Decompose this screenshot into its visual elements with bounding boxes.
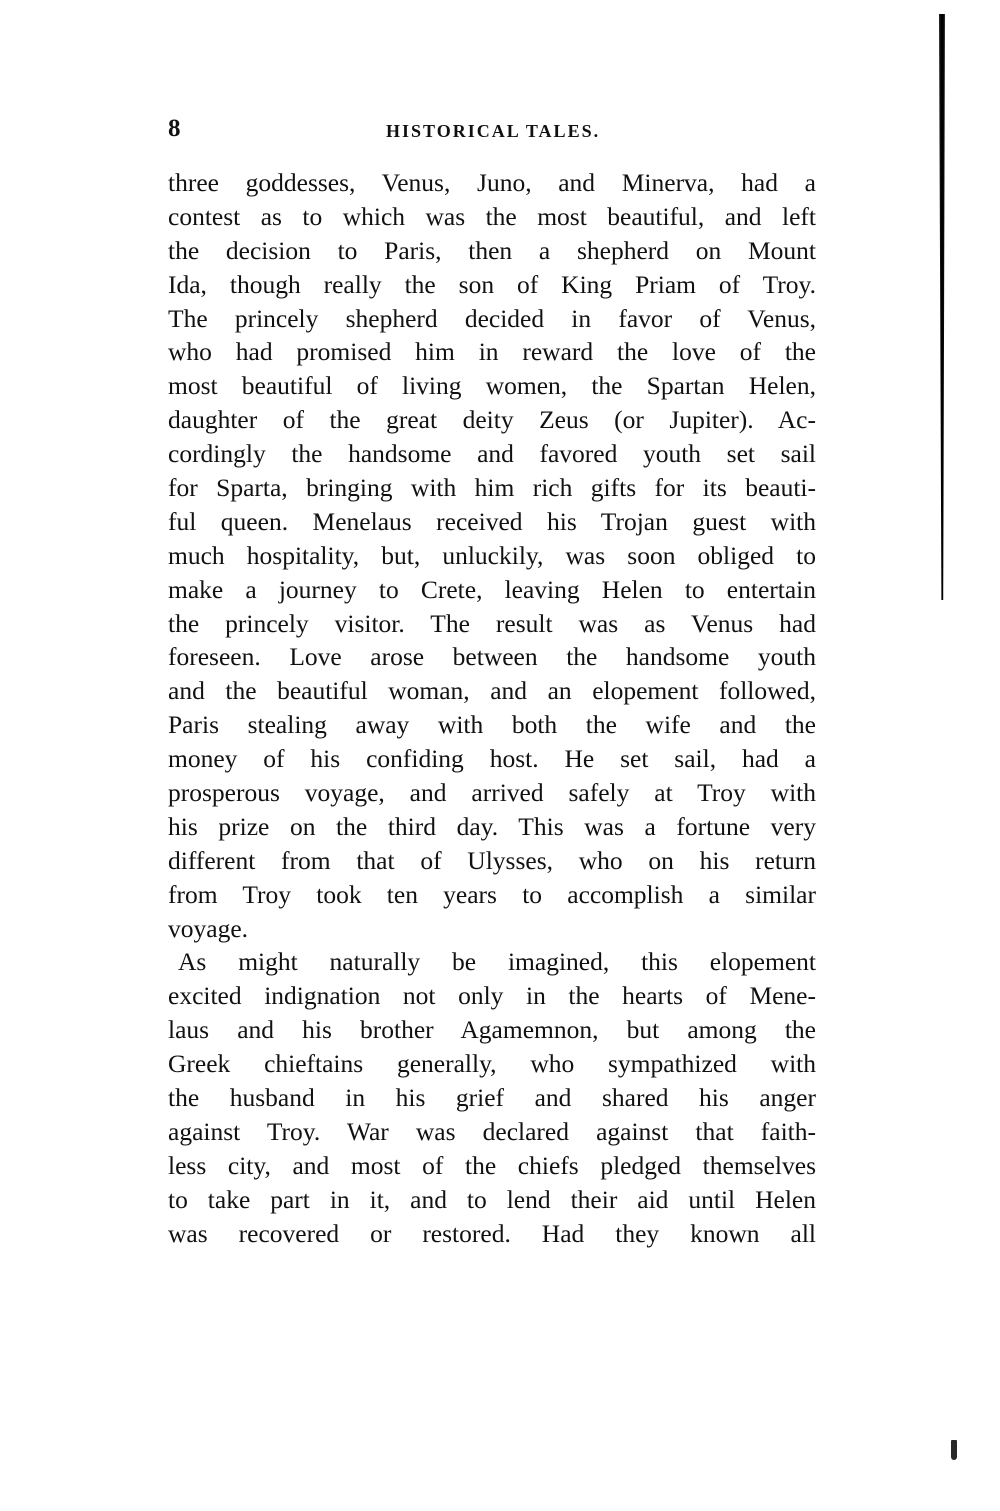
text-line: his prize on the third day. This was a f… <box>168 810 816 844</box>
running-head: HISTORICAL TALES. <box>386 114 600 148</box>
binding-shadow-mark <box>939 14 945 600</box>
text-line: Greek chieftains generally, who sympathi… <box>168 1047 816 1081</box>
text-line: to take part in it, and to lend their ai… <box>168 1183 816 1217</box>
text-line: most beautiful of living women, the Spar… <box>168 369 816 403</box>
text-line: different from that of Ulysses, who on h… <box>168 844 816 878</box>
text-line: voyage. <box>168 912 816 946</box>
text-line: the princely visitor. The result was as … <box>168 607 816 641</box>
text-line: daughter of the great deity Zeus (or Jup… <box>168 403 816 437</box>
text-line: much hospitality, but, unluckily, was so… <box>168 539 816 573</box>
text-line: three goddesses, Venus, Juno, and Minerv… <box>168 166 816 200</box>
paragraph-2: As might naturally be imagined, this elo… <box>168 945 816 1250</box>
text-line: and the beautiful woman, and an elopemen… <box>168 674 816 708</box>
text-line: less city, and most of the chiefs pledge… <box>168 1149 816 1183</box>
text-line: Ida, though really the son of King Priam… <box>168 268 816 302</box>
text-line: money of his confiding host. He set sail… <box>168 742 816 776</box>
text-line: make a journey to Crete, leaving Helen t… <box>168 573 816 607</box>
page-number: 8 <box>168 112 181 146</box>
text-line: who had promised him in reward the love … <box>168 335 816 369</box>
text-line: the husband in his grief and shared his … <box>168 1081 816 1115</box>
text-line: Paris stealing away with both the wife a… <box>168 708 816 742</box>
text-line: foreseen. Love arose between the handsom… <box>168 640 816 674</box>
text-line: was recovered or restored. Had they know… <box>168 1217 816 1251</box>
text-line: for Sparta, bringing with him rich gifts… <box>168 471 816 505</box>
text-line: The princely shepherd decided in favor o… <box>168 302 816 336</box>
text-line: the decision to Paris, then a shepherd o… <box>168 234 816 268</box>
page-header: 8 HISTORICAL TALES. <box>168 112 816 146</box>
paragraph-1: three goddesses, Venus, Juno, and Minerv… <box>168 166 816 945</box>
text-line: As might naturally be imagined, this elo… <box>168 945 816 979</box>
text-line: prosperous voyage, and arrived safely at… <box>168 776 816 810</box>
text-line: from Troy took ten years to accomplish a… <box>168 878 816 912</box>
text-line: ful queen. Menelaus received his Trojan … <box>168 505 816 539</box>
body-text: three goddesses, Venus, Juno, and Minerv… <box>168 166 816 1251</box>
text-line: excited indignation not only in the hear… <box>168 979 816 1013</box>
text-line: against Troy. War was declared against t… <box>168 1115 816 1149</box>
text-line: laus and his brother Agamemnon, but amon… <box>168 1013 816 1047</box>
ink-speck-mark <box>951 1440 957 1460</box>
text-line: contest as to which was the most beautif… <box>168 200 816 234</box>
text-line: cordingly the handsome and favored youth… <box>168 437 816 471</box>
